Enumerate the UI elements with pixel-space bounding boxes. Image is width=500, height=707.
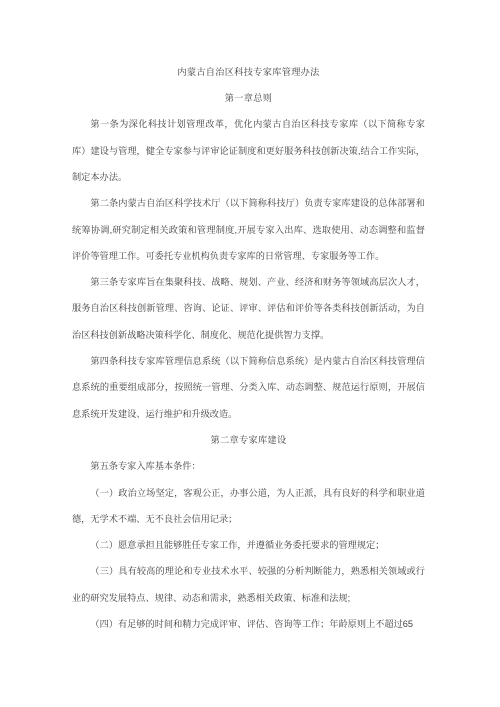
article-5-item-4-paragraph: （四）有足够的时间和精力完成评审、评估、咨询等工作；年龄原则上不超过65 [72, 611, 425, 637]
article-5-item-3-paragraph: （三）具有较高的理论和专业技术水平、较强的分析判断能力，熟悉相关领域或行业的研究… [72, 558, 425, 611]
document-title: 内蒙古自治区科技专家库管理办法 [72, 59, 425, 85]
article-5-paragraph: 第五条专家入库基本条件： [72, 453, 425, 479]
article-5-item-2-paragraph: （二）愿意承担且能够胜任专家工作，并遵循业务委托要求的管理规定； [72, 532, 425, 558]
article-2-paragraph: 第二条内蒙古自治区科学技术厅（以下简称科技厅）负责专家库建设的总体部署和统筹协调… [72, 190, 425, 269]
article-4-paragraph: 第四条科技专家库管理信息系统（以下简称信息系统）是内蒙古自治区科技管理信息系统的… [72, 348, 425, 427]
chapter-1-heading: 第一章总则 [72, 85, 425, 111]
article-1-paragraph: 第一条为深化科技计划管理改革，优化内蒙古自治区科技专家库（以下简称专家库）建设与… [72, 111, 425, 190]
article-5-item-1-paragraph: （一）政治立场坚定，客观公正，办事公道，为人正派，具有良好的科学和职业道德，无学… [72, 480, 425, 533]
document-page: 内蒙古自治区科技专家库管理办法 第一章总则 第一条为深化科技计划管理改革，优化内… [0, 0, 500, 707]
article-3-paragraph: 第三条专家库旨在集聚科技、战略、规划、产业、经济和财务等领域高层次人才，服务自治… [72, 269, 425, 348]
chapter-2-heading: 第二章专家库建设 [72, 427, 425, 453]
